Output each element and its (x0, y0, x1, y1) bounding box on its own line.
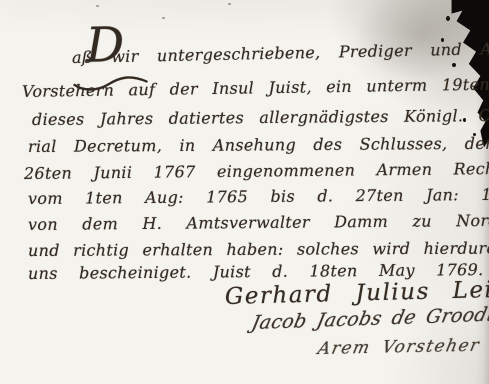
manuscript-line-4: rial Decretum, in Ansehung des Schlusses… (28, 133, 489, 156)
manuscript-line-6: vom 1ten Aug: 1765 bis d. 27ten Jan: 176… (28, 185, 489, 208)
manuscript-line-3: dieses Jahres datiertes allergnädigstes … (32, 105, 489, 129)
manuscript-line-5: 26ten Junii 1767 eingenommenen Armen Rec… (24, 159, 489, 183)
manuscript-text: D aß wir untergeschriebene, Prediger und… (0, 0, 489, 384)
manuscript-line-1: D aß wir untergeschriebene, Prediger und… (72, 38, 489, 67)
signature-title-armen-vorsteher: Arem Vorsteher (316, 336, 482, 359)
manuscript-line-7: von dem H. Amtsverwalter Damm zu Norden … (28, 210, 489, 234)
document-page: D aß wir untergeschriebene, Prediger und… (0, 0, 489, 384)
initial-letter: D (85, 21, 125, 70)
manuscript-line-text: aß wir untergeschriebene, Prediger und A… (72, 38, 489, 67)
manuscript-line-8: und richtig erhalten haben: solches wird… (28, 238, 489, 260)
